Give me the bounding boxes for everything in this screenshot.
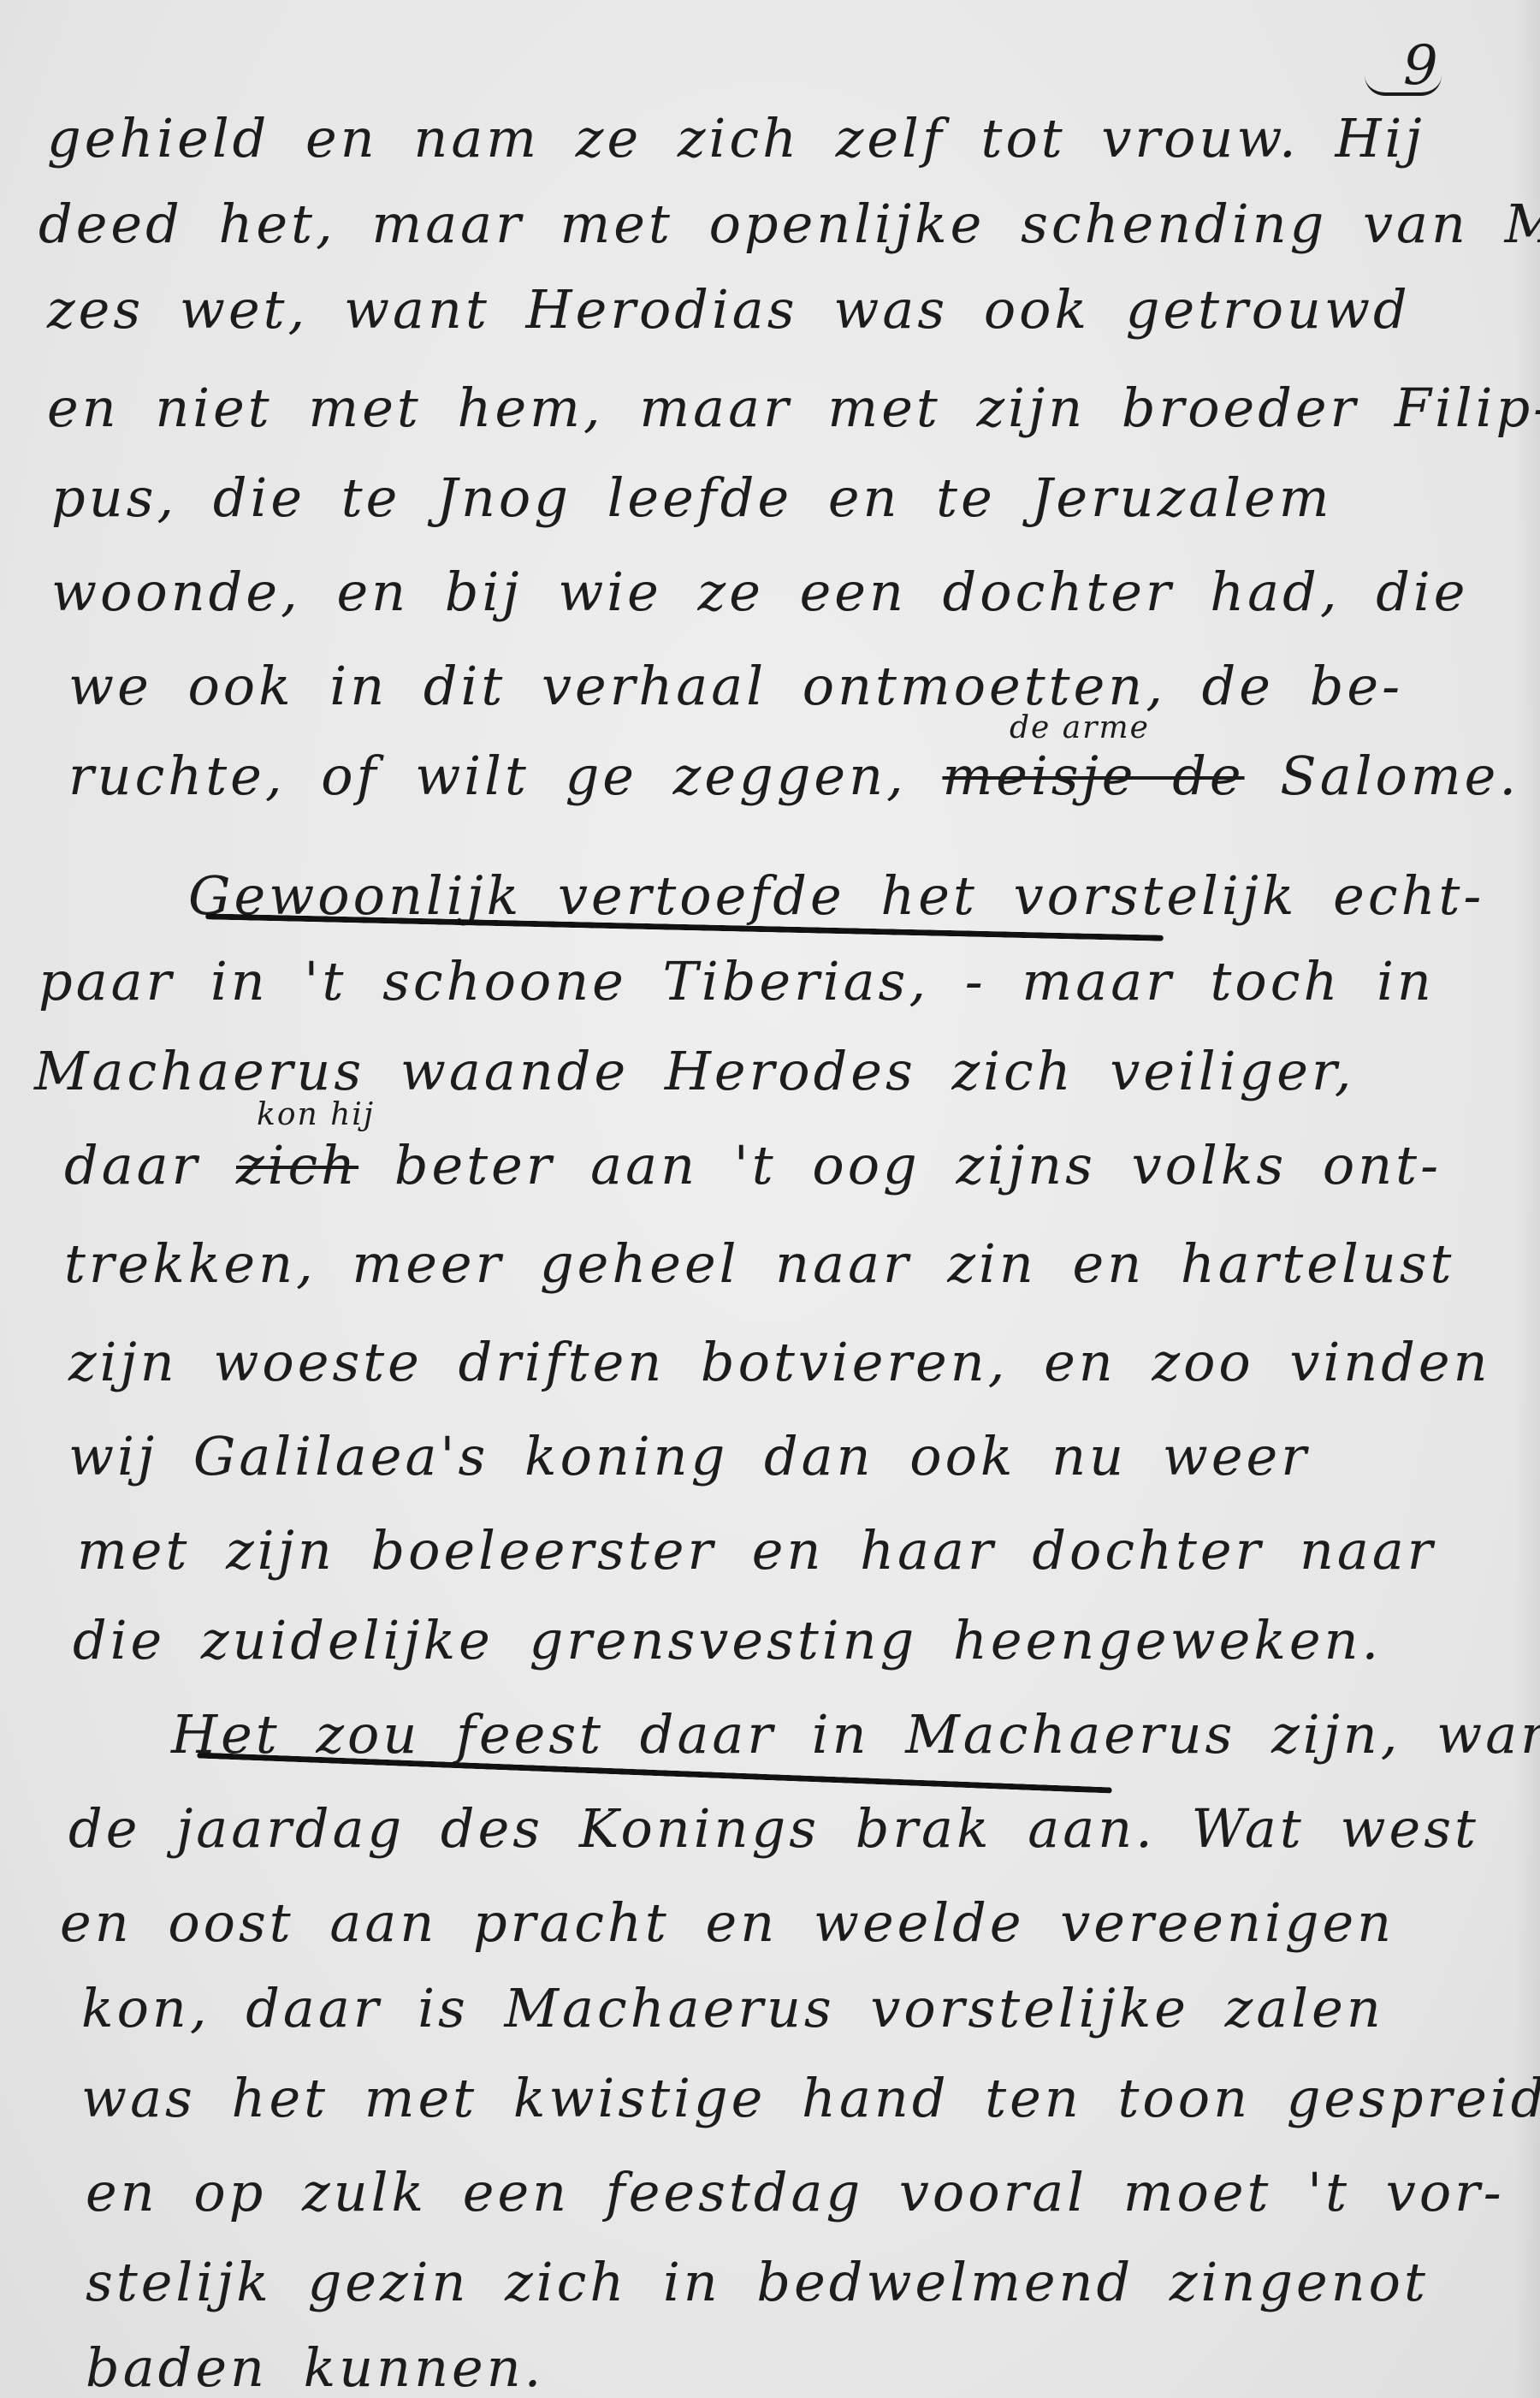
manuscript-line-21: kon, daar is Machaerus vorstelijke zalen: [81, 1977, 1384, 2039]
manuscript-line-25: baden kunnen.: [86, 2336, 544, 2398]
manuscript-line-7: we ook in dit verhaal ontmoetten, de be-: [68, 655, 1403, 717]
line-12-text-after: beter aan 't oog zijns volks ont-: [358, 1134, 1442, 1196]
manuscript-line-17: die zuidelijke grensvesting heengeweken.: [73, 1609, 1382, 1671]
manuscript-line-12: daar zich beter aan 't oog zijns volks o…: [64, 1134, 1442, 1196]
line-8-text-before: ruchte, of wilt ge zeggen,: [68, 745, 942, 807]
manuscript-line-22: was het met kwistige hand ten toon gespr…: [81, 2067, 1540, 2129]
page-number-flourish: [1365, 75, 1442, 96]
insertion-de-arme: de arme: [1010, 710, 1150, 745]
manuscript-line-1: gehield en nam ze zich zelf tot vrouw. H…: [47, 107, 1425, 169]
manuscript-line-24: stelijk gezin zich in bedwelmend zingeno…: [86, 2251, 1429, 2313]
manuscript-line-20: en oost aan pracht en weelde vereenigen: [60, 1891, 1395, 1954]
manuscript-line-3: zes wet, want Herodias was ook getrouwd: [47, 278, 1411, 341]
manuscript-page: 9 gehield en nam ze zich zelf tot vrouw.…: [0, 0, 1540, 2398]
manuscript-line-2: deed het, maar met openlijke schending v…: [38, 193, 1540, 255]
manuscript-line-8: ruchte, of wilt ge zeggen, meisje de Sal…: [68, 745, 1519, 807]
page-edge-shadow: [1514, 0, 1540, 2398]
manuscript-heading-line-18: Het zou feest daar in Machaerus zijn, wa…: [171, 1703, 1540, 1766]
manuscript-line-10: paar in 't schoone Tiberias, - maar toch…: [38, 950, 1435, 1012]
manuscript-line-5: pus, die te Jnog leefde en te Jeruzalem: [51, 466, 1333, 529]
manuscript-line-16: met zijn boeleerster en haar dochter naa…: [77, 1519, 1436, 1582]
manuscript-line-19: de jaardag des Konings brak aan. Wat wes…: [68, 1797, 1479, 1860]
manuscript-line-15: wij Galilaea's koning dan ook nu weer: [68, 1425, 1310, 1487]
struck-word: meisje de: [942, 745, 1244, 807]
struck-word: zich: [236, 1134, 358, 1196]
line-8-text-after: Salome.: [1245, 745, 1520, 807]
manuscript-line-23: en op zulk een feestdag vooral moet 't v…: [86, 2161, 1505, 2223]
manuscript-line-11: Machaerus waande Herodes zich veiliger,: [34, 1040, 1354, 1102]
manuscript-line-4: en niet met hem, maar met zijn broeder F…: [47, 377, 1540, 439]
line-12-text-before: daar: [64, 1134, 236, 1196]
manuscript-line-14: zijn woeste driften botvieren, en zoo vi…: [68, 1331, 1491, 1393]
insertion-kon-hij: kon hij: [257, 1097, 375, 1132]
manuscript-line-13: trekken, meer geheel naar zin en hartelu…: [64, 1232, 1454, 1295]
manuscript-line-6: woonde, en bij wie ze een dochter had, d…: [51, 561, 1468, 623]
